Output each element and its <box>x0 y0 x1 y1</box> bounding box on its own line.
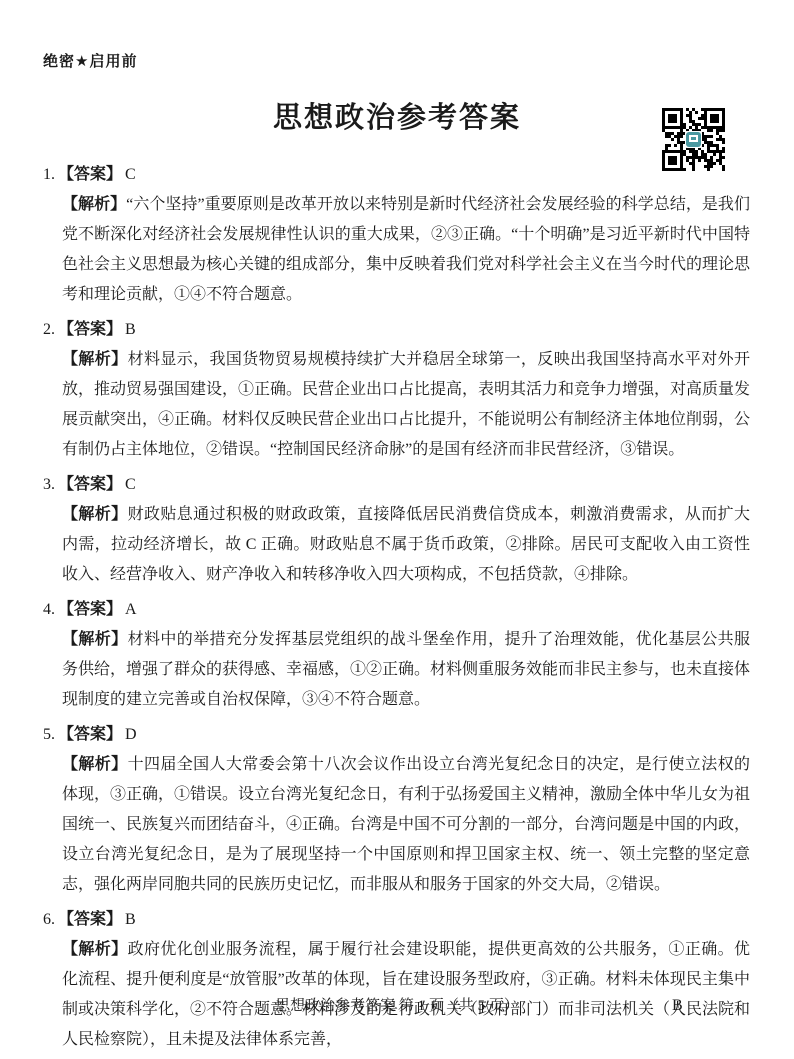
answer-label: 【答案】 <box>58 476 122 493</box>
security-classification-label: 绝密★启用前 <box>43 50 137 71</box>
answer-label: 【答案】 <box>58 601 122 618</box>
analysis-paragraph: 【解析】十四届全国人大常委会第十八次会议作出设立台湾光复纪念日的决定，是行使立法… <box>62 750 750 900</box>
answer-letter: B <box>125 911 136 928</box>
analysis-label: 【解析】 <box>62 631 128 648</box>
question-number: 6. <box>43 905 55 935</box>
question-number: 4. <box>43 595 55 625</box>
analysis-text: 十四届全国人大常委会第十八次会议作出设立台湾光复纪念日的决定，是行使立法权的体现… <box>62 756 750 893</box>
answer-item: 5.【答案】D 【解析】十四届全国人大常委会第十八次会议作出设立台湾光复纪念日的… <box>0 720 794 900</box>
answer-item: 3.【答案】C 【解析】财政贴息通过积极的财政政策，直接降低居民消费信贷成本，刺… <box>0 470 794 590</box>
answer-label: 【答案】 <box>58 726 122 743</box>
answer-line: 3.【答案】C <box>43 470 794 500</box>
answers-list: 1.【答案】C 【解析】“六个坚持”重要原则是改革开放以来特别是新时代经济社会发… <box>0 160 794 1059</box>
question-number: 1. <box>43 160 55 190</box>
answer-label: 【答案】 <box>58 911 122 928</box>
analysis-text: 材料显示，我国货物贸易规模持续扩大并稳居全球第一，反映出我国坚持高水平对外开放，… <box>62 351 750 458</box>
analysis-label: 【解析】 <box>62 351 128 368</box>
answer-line: 6.【答案】B <box>43 905 794 935</box>
answer-line: 4.【答案】A <box>43 595 794 625</box>
analysis-text: 财政贴息通过积极的财政政策，直接降低居民消费信贷成本，刺激消费需求，从而扩大内需… <box>62 506 750 583</box>
analysis-paragraph: 【解析】财政贴息通过积极的财政政策，直接降低居民消费信贷成本，刺激消费需求，从而… <box>62 500 750 590</box>
answer-letter: B <box>125 321 136 338</box>
answer-letter: C <box>125 166 136 183</box>
answer-item: 6.【答案】B 【解析】政府优化创业服务流程，属于履行社会建设职能，提供更高效的… <box>0 905 794 1055</box>
question-number: 5. <box>43 720 55 750</box>
analysis-paragraph: 【解析】材料显示，我国货物贸易规模持续扩大并稳居全球第一，反映出我国坚持高水平对… <box>62 345 750 465</box>
answer-letter: C <box>125 476 136 493</box>
answer-item: 4.【答案】A 【解析】材料中的举措充分发挥基层党组织的战斗堡垒作用，提升了治理… <box>0 595 794 715</box>
answer-line: 5.【答案】D <box>43 720 794 750</box>
analysis-text: 政府优化创业服务流程，属于履行社会建设职能，提供更高效的公共服务，①正确。优化流… <box>62 941 750 1048</box>
analysis-paragraph: 【解析】“六个坚持”重要原则是改革开放以来特别是新时代经济社会发展经验的科学总结… <box>62 190 750 310</box>
answer-letter: A <box>125 601 137 618</box>
analysis-paragraph: 【解析】材料中的举措充分发挥基层党组织的战斗堡垒作用，提升了治理效能，优化基层公… <box>62 625 750 715</box>
analysis-paragraph: 【解析】政府优化创业服务流程，属于履行社会建设职能，提供更高效的公共服务，①正确… <box>62 935 750 1055</box>
answer-item: 1.【答案】C 【解析】“六个坚持”重要原则是改革开放以来特别是新时代经济社会发… <box>0 160 794 310</box>
footer-doc-title: 思想政治参考答案 <box>275 998 395 1014</box>
answer-line: 1.【答案】C <box>43 160 794 190</box>
analysis-label: 【解析】 <box>62 941 128 958</box>
answer-label: 【答案】 <box>58 166 122 183</box>
answer-item: 2.【答案】B 【解析】材料显示，我国货物贸易规模持续扩大并稳居全球第一，反映出… <box>0 315 794 465</box>
analysis-label: 【解析】 <box>62 756 128 773</box>
footer-page-info: 第 1 页（共 5 页） <box>399 998 519 1014</box>
analysis-label: 【解析】 <box>62 506 128 523</box>
analysis-text: “六个坚持”重要原则是改革开放以来特别是新时代经济社会发展经验的科学总结，是我们… <box>62 196 750 303</box>
exam-answer-page: 绝密★启用前 思想政治参考答案 1.【答案】C 【解析】“六个坚持”重要原则是改… <box>0 0 794 1059</box>
answer-label: 【答案】 <box>58 321 122 338</box>
answer-line: 2.【答案】B <box>43 315 794 345</box>
answer-letter: D <box>125 726 137 743</box>
question-number: 3. <box>43 470 55 500</box>
analysis-text: 材料中的举措充分发挥基层党组织的战斗堡垒作用，提升了治理效能，优化基层公共服务供… <box>62 631 750 708</box>
question-number: 2. <box>43 315 55 345</box>
paper-version-mark: B <box>672 996 683 1016</box>
analysis-label: 【解析】 <box>62 196 126 213</box>
